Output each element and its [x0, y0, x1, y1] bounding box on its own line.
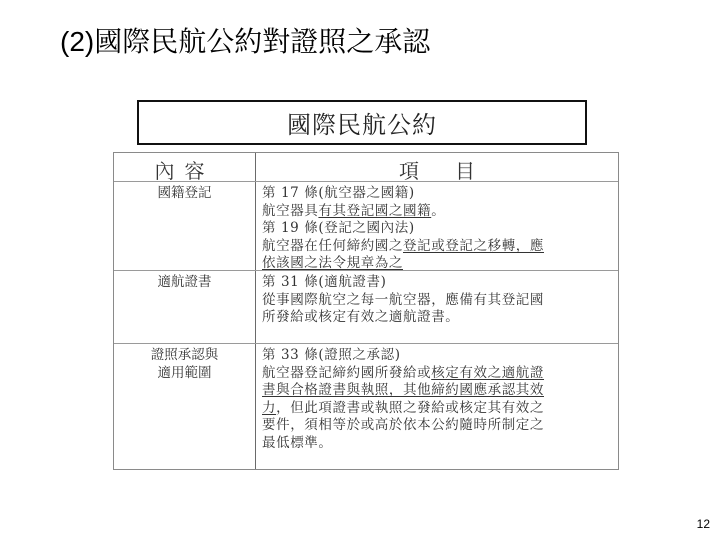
article-line: 第 17 條(航空器之國籍) — [262, 185, 618, 203]
text-segment: 第 19 條(登記之國內法) — [262, 220, 415, 236]
article-line: 要件，須相等於或高於依本公約隨時所制定之 — [262, 417, 618, 435]
header-label-content: 內容 — [114, 155, 255, 184]
table-row: 國籍登記 第 17 條(航空器之國籍)航空器具有其登記國之國籍。第 19 條(登… — [114, 182, 618, 271]
content-cell: 第 17 條(航空器之國籍)航空器具有其登記國之國籍。第 19 條(登記之國內法… — [256, 182, 618, 270]
convention-title-box: 國際民航公約 — [137, 100, 587, 145]
text-segment: 從事國際航空之每一航空器，應備有其登記國 — [262, 292, 544, 308]
article-text: 第 31 條(適航證書)從事國際航空之每一航空器，應備有其登記國所發給或核定有效… — [256, 271, 618, 327]
text-segment: 航空器具 — [262, 203, 318, 219]
article-text: 第 17 條(航空器之國籍)航空器具有其登記國之國籍。第 19 條(登記之國內法… — [256, 182, 618, 273]
convention-table: 內容 項目 國籍登記 第 17 條(航空器之國籍)航空器具有其登記國之國籍。第 … — [113, 152, 619, 470]
slide-title: (2)國際民航公約對證照之承認 — [60, 22, 430, 62]
category-line: 適航證書 — [114, 274, 255, 292]
article-text: 第 33 條(證照之承認)航空器登記締約國所發給或核定有效之適航證書與合格證書與… — [256, 344, 618, 453]
underlined-text: 登記或登記之移轉，應 — [403, 238, 544, 254]
content-cell: 第 33 條(證照之承認)航空器登記締約國所發給或核定有效之適航證書與合格證書與… — [256, 344, 618, 469]
underlined-text: 書與合格證書與執照，其他締約國應承認其效 — [262, 382, 544, 398]
header-cell-items: 項目 — [256, 153, 618, 181]
table-row: 證照承認與適用範圍 第 33 條(證照之承認)航空器登記締約國所發給或核定有效之… — [114, 344, 618, 469]
category-line: 適用範圍 — [114, 365, 255, 383]
text-segment: 航空器在任何締約國之 — [262, 238, 403, 254]
article-line: 航空器登記締約國所發給或核定有效之適航證 — [262, 365, 618, 383]
category-label: 國籍登記 — [114, 182, 255, 203]
article-line: 第 31 條(適航證書) — [262, 274, 618, 292]
underlined-text: 依該國之法令規章為之 — [262, 255, 403, 271]
underlined-text: 力 — [262, 400, 276, 416]
category-cell: 適航證書 — [114, 271, 256, 343]
article-line: 第 33 條(證照之承認) — [262, 347, 618, 365]
category-line: 證照承認與 — [114, 347, 255, 365]
underlined-text: 有其登記國之國籍 — [318, 203, 431, 219]
article-line: 第 19 條(登記之國內法) — [262, 220, 618, 238]
category-label: 證照承認與適用範圍 — [114, 344, 255, 382]
category-cell: 證照承認與適用範圍 — [114, 344, 256, 469]
convention-title: 國際民航公約 — [287, 105, 437, 140]
text-segment: ，但此項證書或執照之發給或核定其有效之 — [276, 400, 544, 416]
text-segment: 航空器登記締約國所發給或 — [262, 365, 431, 381]
article-line: 力，但此項證書或執照之發給或核定其有效之 — [262, 400, 618, 418]
table-header-row: 內容 項目 — [114, 153, 618, 182]
page-number: 12 — [697, 517, 710, 531]
table-row: 適航證書 第 31 條(適航證書)從事國際航空之每一航空器，應備有其登記國所發給… — [114, 271, 618, 344]
header-label-items: 項目 — [256, 155, 618, 184]
article-line: 所發給或核定有效之適航證書。 — [262, 309, 618, 327]
header-cell-content: 內容 — [114, 153, 256, 181]
article-line: 航空器在任何締約國之登記或登記之移轉，應 — [262, 238, 618, 256]
category-line: 國籍登記 — [114, 185, 255, 203]
text-segment: 第 31 條(適航證書) — [262, 274, 387, 290]
article-line: 書與合格證書與執照，其他締約國應承認其效 — [262, 382, 618, 400]
article-line: 最低標準。 — [262, 435, 618, 453]
category-label: 適航證書 — [114, 271, 255, 292]
text-segment: 第 17 條(航空器之國籍) — [262, 185, 415, 201]
text-segment: 第 33 條(證照之承認) — [262, 347, 401, 363]
content-cell: 第 31 條(適航證書)從事國際航空之每一航空器，應備有其登記國所發給或核定有效… — [256, 271, 618, 343]
underlined-text: 核定有效之適航證 — [431, 365, 544, 381]
category-cell: 國籍登記 — [114, 182, 256, 270]
text-segment: 最低標準。 — [262, 435, 333, 451]
article-line: 從事國際航空之每一航空器，應備有其登記國 — [262, 292, 618, 310]
text-segment: 要件，須相等於或高於依本公約隨時所制定之 — [262, 417, 544, 433]
text-segment: 。 — [431, 203, 445, 219]
text-segment: 所發給或核定有效之適航證書。 — [262, 309, 459, 325]
article-line: 航空器具有其登記國之國籍。 — [262, 203, 618, 221]
